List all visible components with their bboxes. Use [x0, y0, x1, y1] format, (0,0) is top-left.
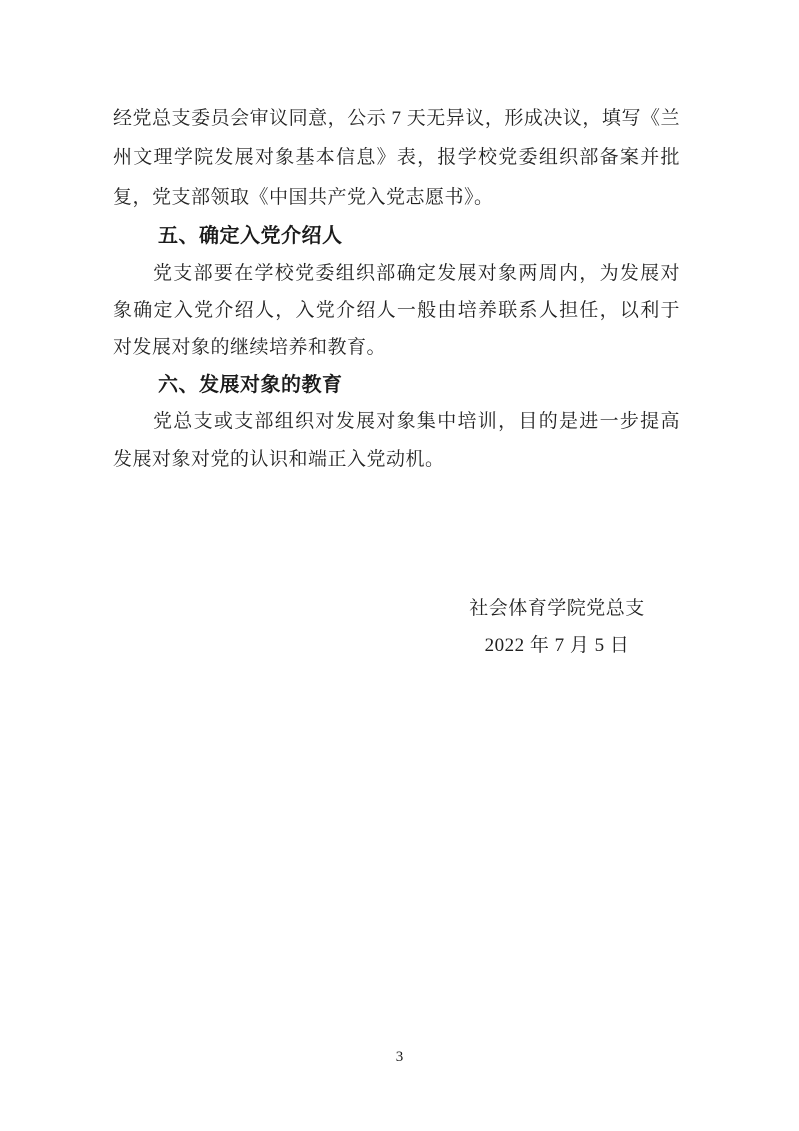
document-page: 经党总支委员会审议同意，公示 7 天无异议，形成决议，填写《兰 州文理学院发展对…: [0, 0, 799, 1131]
body-line: 发展对象对党的认识和端正入党动机。: [113, 447, 680, 473]
body-line: 复，党支部领取《中国共产党入党志愿书》。: [113, 185, 680, 211]
body-line: 党支部要在学校党委组织部确定发展对象两周内，为发展对: [113, 261, 680, 287]
body-line: 党总支或支部组织对发展对象集中培训，目的是进一步提高: [113, 409, 680, 435]
body-line: 经党总支委员会审议同意，公示 7 天无异议，形成决议，填写《兰: [113, 106, 680, 132]
signature-organization: 社会体育学院党总支: [407, 596, 707, 622]
signature-block: 社会体育学院党总支 2022 年 7 月 5 日: [407, 596, 707, 666]
section-heading-5: 五、确定入党介绍人: [113, 223, 680, 249]
section-heading-6: 六、发展对象的教育: [113, 372, 680, 398]
body-line: 对发展对象的继续培养和教育。: [113, 335, 680, 361]
body-line: 象确定入党介绍人，入党介绍人一般由培养联系人担任，以利于: [113, 298, 680, 324]
signature-date: 2022 年 7 月 5 日: [407, 633, 707, 659]
body-line: 州文理学院发展对象基本信息》表，报学校党委组织部备案并批: [113, 145, 680, 171]
page-number: 3: [0, 1048, 799, 1066]
